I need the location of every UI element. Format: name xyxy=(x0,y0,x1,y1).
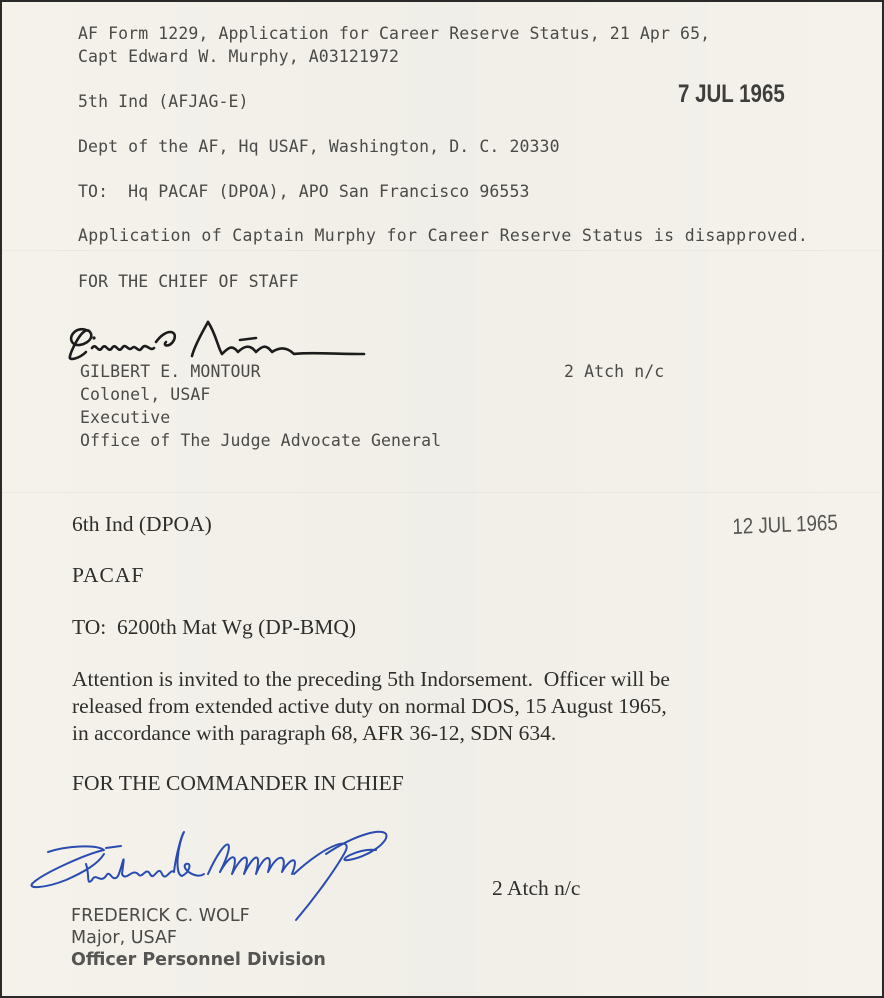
paper-fold-line xyxy=(2,492,882,493)
attachments-6th-ind: 2 Atch n/c xyxy=(492,874,580,902)
signer-name-wolf: FREDERICK C. WOLF xyxy=(71,905,250,928)
date-stamp-5th-ind: 7 JUL 1965 xyxy=(678,80,785,109)
indorsement-5-from: Dept of the AF, Hq USAF, Washington, D. … xyxy=(78,135,560,158)
indorsement-6-body-line-2: released from extended active duty on no… xyxy=(72,692,667,720)
signer-rank-montour: Colonel, USAF xyxy=(80,383,210,406)
date-stamp-6th-ind: 12 JUL 1965 xyxy=(732,510,838,540)
indorsement-5-to: TO: Hq PACAF (DPOA), APO San Francisco 9… xyxy=(78,180,530,203)
indorsement-5-body: Application of Captain Murphy for Career… xyxy=(78,224,808,247)
reference-line-1: AF Form 1229, Application for Career Res… xyxy=(78,22,710,45)
signer-rank-wolf: Major, USAF xyxy=(71,927,177,950)
signature-montour xyxy=(66,318,366,366)
indorsement-6-body-line-1: Attention is invited to the preceding 5t… xyxy=(72,665,670,693)
signer-office-montour: Office of The Judge Advocate General xyxy=(80,429,441,452)
indorsement-6-authority: FOR THE COMMANDER IN CHIEF xyxy=(72,769,404,797)
indorsement-6-body-line-3: in accordance with paragraph 68, AFR 36-… xyxy=(72,719,556,747)
paper-fold-line xyxy=(2,250,882,251)
signer-name-montour: GILBERT E. MONTOUR xyxy=(80,360,261,383)
signer-office-wolf: Officer Personnel Division xyxy=(71,949,326,972)
reference-line-2: Capt Edward W. Murphy, A03121972 xyxy=(78,45,399,68)
signer-title-montour: Executive xyxy=(80,406,170,429)
indorsement-6-from: PACAF xyxy=(72,561,144,589)
indorsement-5-authority: FOR THE CHIEF OF STAFF xyxy=(78,270,299,293)
indorsement-6-heading: 6th Ind (DPOA) xyxy=(72,510,212,538)
document-page: AF Form 1229, Application for Career Res… xyxy=(0,0,884,998)
indorsement-6-to: TO: 6200th Mat Wg (DP-BMQ) xyxy=(72,613,356,641)
indorsement-5-heading: 5th Ind (AFJAG-E) xyxy=(78,90,249,113)
attachments-5th-ind: 2 Atch n/c xyxy=(564,360,664,383)
